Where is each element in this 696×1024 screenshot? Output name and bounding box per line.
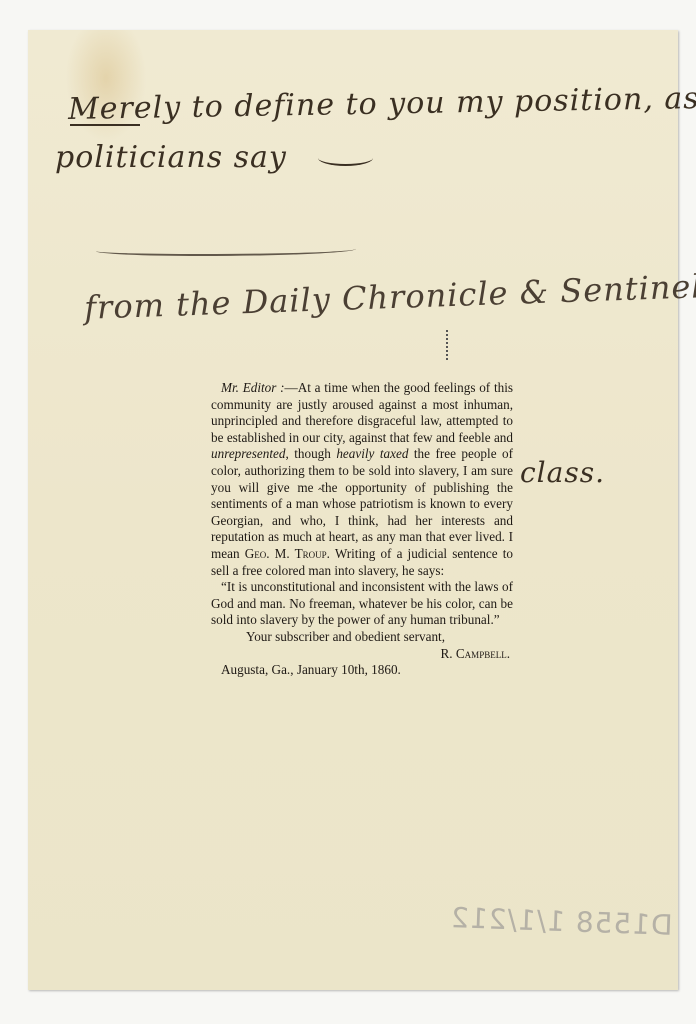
dateline: Augusta, Ga., January 10th, 1860. — [211, 662, 513, 679]
emphasis-heavily-taxed: heavily taxed — [336, 446, 408, 461]
closing-line: Your subscriber and obedient servant, — [211, 629, 513, 646]
body-text-c: the free people of color, authorizing th… — [211, 446, 513, 561]
insertion-tick-mark — [446, 330, 450, 360]
handwritten-underline — [70, 124, 140, 126]
letter-body: Mr. Editor :—At a time when the good fee… — [211, 380, 513, 579]
troup-quote: “It is unconstitutional and inconsistent… — [211, 579, 513, 629]
margin-insert-note: class. — [520, 456, 605, 489]
signature: R. Campbell. — [211, 646, 513, 663]
handwritten-line-2: politicians say — [55, 140, 287, 175]
salutation: Mr. Editor : — [221, 380, 285, 395]
printed-letter-clipping: Mr. Editor :—At a time when the good fee… — [211, 380, 513, 679]
emphasis-unrepresented: unrepresented — [211, 446, 285, 461]
handwritten-flourish — [318, 150, 373, 166]
named-person: Geo. M. Troup. — [245, 546, 330, 561]
body-text-b: , though — [285, 446, 336, 461]
